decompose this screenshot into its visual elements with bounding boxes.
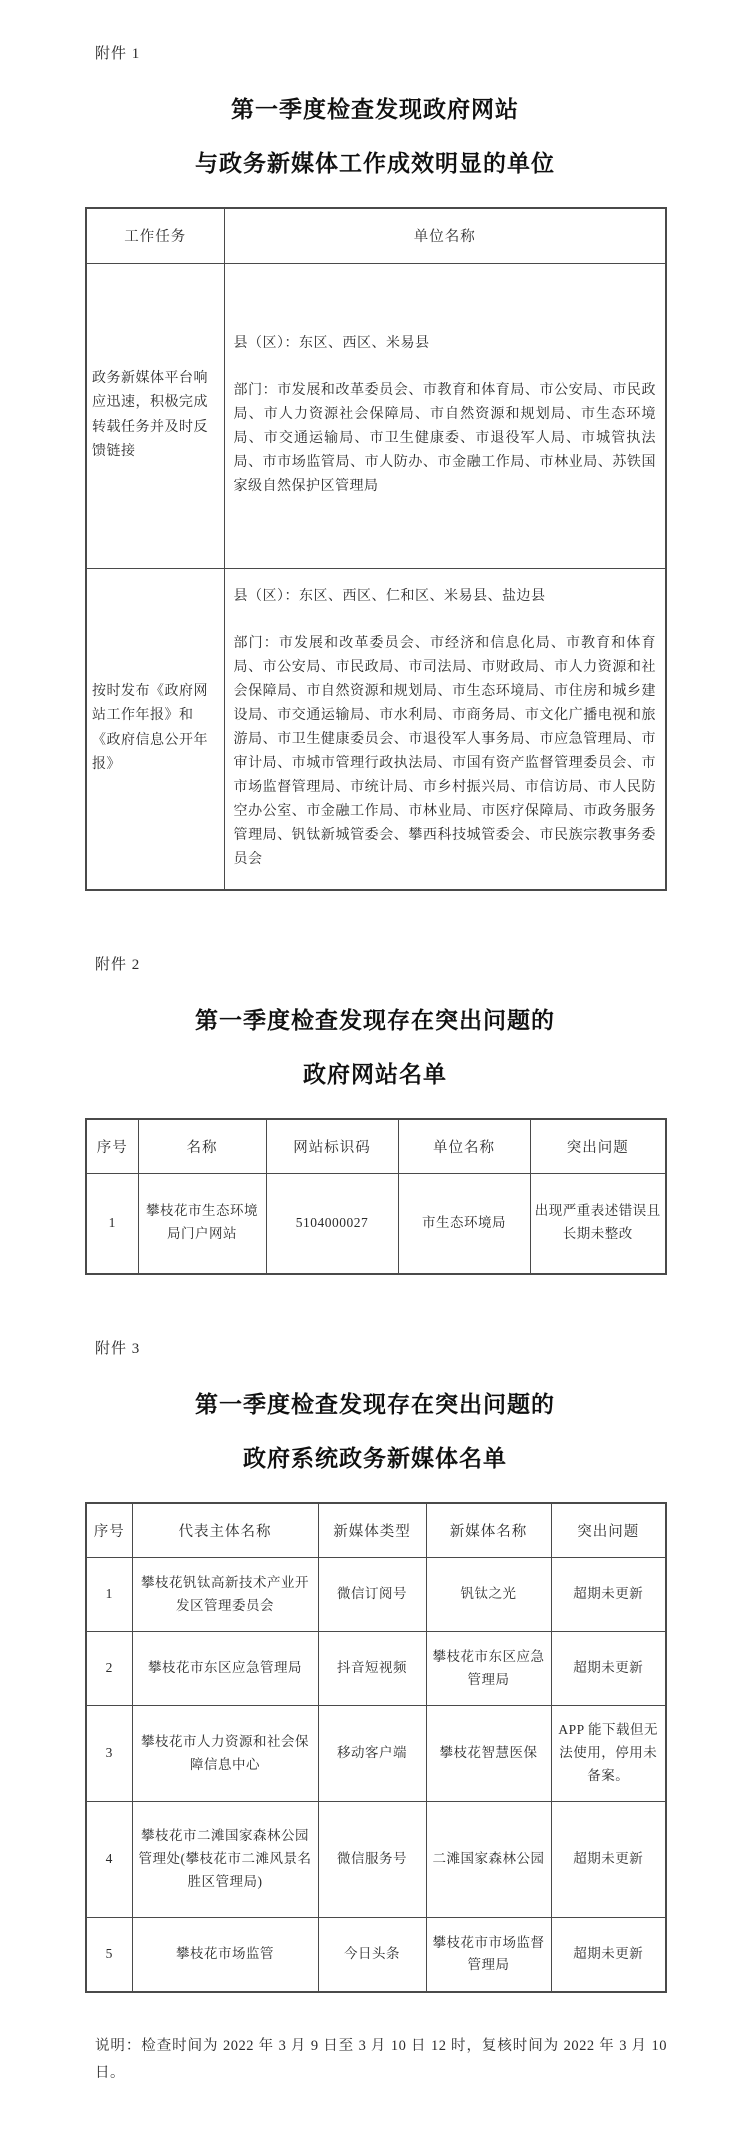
attachment-1-title-line-1: 第一季度检查发现政府网站 (85, 83, 665, 137)
problem-cell: 超期未更新 (551, 1632, 666, 1706)
task-cell: 按时发布《政府网站工作年报》和《政府信息公开年报》 (86, 568, 224, 889)
index-cell: 1 (86, 1174, 138, 1274)
column-header-media-type: 新媒体类型 (318, 1503, 426, 1558)
entity-cell: 攀枝花市场监管 (132, 1918, 318, 1992)
index-cell: 5 (86, 1918, 132, 1992)
unit-name-cell: 市生态环境局 (398, 1174, 530, 1274)
table-row: 4 攀枝花市二滩国家森林公园管理处(攀枝花市二滩风景名胜区管理局) 微信服务号 … (86, 1802, 666, 1918)
media-type-cell: 今日头条 (318, 1918, 426, 1992)
attachment-3-section: 附件 3 第一季度检查发现存在突出问题的 政府系统政务新媒体名单 序号 代表主体… (85, 1337, 665, 1993)
entity-cell: 攀枝花市人力资源和社会保障信息中心 (132, 1706, 318, 1802)
media-type-cell: 移动客户端 (318, 1706, 426, 1802)
attachment-3-title-line-2: 政府系统政务新媒体名单 (85, 1432, 665, 1486)
attachment-3-label: 附件 3 (95, 1337, 665, 1358)
counties-text: 县（区）：东区、西区、仁和区、米易县、盐边县 (234, 585, 657, 609)
media-name-cell: 攀枝花智慧医保 (426, 1706, 551, 1802)
departments-text: 部门：市发展和改革委员会、市教育和体育局、市公安局、市民政局、市人力资源社会保障… (234, 379, 657, 499)
attachment-2-title-line-1: 第一季度检查发现存在突出问题的 (85, 994, 665, 1048)
problem-cell: 出现严重表述错误且长期未整改 (530, 1174, 666, 1274)
media-name-cell: 攀枝花市市场监督管理局 (426, 1918, 551, 1992)
units-cell: 县（区）：东区、西区、仁和区、米易县、盐边县 部门：市发展和改革委员会、市经济和… (224, 568, 666, 889)
index-cell: 1 (86, 1558, 132, 1632)
table-row: 1 攀枝花钒钛高新技术产业开发区管理委员会 微信订阅号 钒钛之光 超期未更新 (86, 1558, 666, 1632)
column-header-name: 名称 (138, 1119, 266, 1174)
footnote-text: 说明：检查时间为 2022 年 3 月 9 日至 3 月 10 日 12 时，复… (95, 2033, 667, 2088)
index-cell: 4 (86, 1802, 132, 1918)
attachment-2-title-line-2: 政府网站名单 (85, 1048, 665, 1102)
table-header-row: 序号 代表主体名称 新媒体类型 新媒体名称 突出问题 (86, 1503, 666, 1558)
table-row: 3 攀枝花市人力资源和社会保障信息中心 移动客户端 攀枝花智慧医保 APP 能下… (86, 1706, 666, 1802)
index-cell: 3 (86, 1706, 132, 1802)
column-header-media-name: 新媒体名称 (426, 1503, 551, 1558)
attachment-3-title-line-1: 第一季度检查发现存在突出问题的 (85, 1378, 665, 1432)
column-header-site-code: 网站标识码 (266, 1119, 398, 1174)
attachment-2-title: 第一季度检查发现存在突出问题的 政府网站名单 (85, 994, 665, 1102)
media-type-cell: 抖音短视频 (318, 1632, 426, 1706)
index-cell: 2 (86, 1632, 132, 1706)
media-name-cell: 攀枝花市东区应急管理局 (426, 1632, 551, 1706)
attachment-1-title-line-2: 与政务新媒体工作成效明显的单位 (85, 137, 665, 191)
document-page: 附件 1 第一季度检查发现政府网站 与政务新媒体工作成效明显的单位 工作任务 单… (0, 0, 750, 2148)
entity-cell: 攀枝花市二滩国家森林公园管理处(攀枝花市二滩风景名胜区管理局) (132, 1802, 318, 1918)
website-name-cell: 攀枝花市生态环境局门户网站 (138, 1174, 266, 1274)
units-cell: 县（区）：东区、西区、米易县 部门：市发展和改革委员会、市教育和体育局、市公安局… (224, 263, 666, 568)
problem-cell: 超期未更新 (551, 1802, 666, 1918)
attachment-3-title: 第一季度检查发现存在突出问题的 政府系统政务新媒体名单 (85, 1378, 665, 1486)
column-header-unit: 单位名称 (398, 1119, 530, 1174)
column-header-index: 序号 (86, 1119, 138, 1174)
entity-cell: 攀枝花市东区应急管理局 (132, 1632, 318, 1706)
media-type-cell: 微信订阅号 (318, 1558, 426, 1632)
entity-cell: 攀枝花钒钛高新技术产业开发区管理委员会 (132, 1558, 318, 1632)
table-header-row: 工作任务 单位名称 (86, 208, 666, 263)
media-type-cell: 微信服务号 (318, 1802, 426, 1918)
table-row: 5 攀枝花市场监管 今日头条 攀枝花市市场监督管理局 超期未更新 (86, 1918, 666, 1992)
achievement-units-table: 工作任务 单位名称 政务新媒体平台响应迅速，积极完成转载任务并及时反馈链接 县（… (85, 207, 667, 890)
table-row: 按时发布《政府网站工作年报》和《政府信息公开年报》 县（区）：东区、西区、仁和区… (86, 568, 666, 889)
column-header-problem: 突出问题 (551, 1503, 666, 1558)
column-header-index: 序号 (86, 1503, 132, 1558)
table-row: 2 攀枝花市东区应急管理局 抖音短视频 攀枝花市东区应急管理局 超期未更新 (86, 1632, 666, 1706)
problem-websites-table: 序号 名称 网站标识码 单位名称 突出问题 1 攀枝花市生态环境局门户网站 51… (85, 1118, 667, 1275)
attachment-1-title: 第一季度检查发现政府网站 与政务新媒体工作成效明显的单位 (85, 83, 665, 191)
problem-cell: 超期未更新 (551, 1558, 666, 1632)
counties-text: 县（区）：东区、西区、米易县 (234, 332, 657, 356)
attachment-2-section: 附件 2 第一季度检查发现存在突出问题的 政府网站名单 序号 名称 网站标识码 … (85, 953, 665, 1275)
column-header-unit: 单位名称 (224, 208, 666, 263)
problem-cell: APP 能下载但无法使用，停用未备案。 (551, 1706, 666, 1802)
column-header-problem: 突出问题 (530, 1119, 666, 1174)
table-row: 政务新媒体平台响应迅速，积极完成转载任务并及时反馈链接 县（区）：东区、西区、米… (86, 263, 666, 568)
column-header-task: 工作任务 (86, 208, 224, 263)
media-name-cell: 钒钛之光 (426, 1558, 551, 1632)
attachment-1-label: 附件 1 (95, 42, 665, 63)
task-cell: 政务新媒体平台响应迅速，积极完成转载任务并及时反馈链接 (86, 263, 224, 568)
attachment-2-label: 附件 2 (95, 953, 665, 974)
problem-cell: 超期未更新 (551, 1918, 666, 1992)
problem-new-media-table: 序号 代表主体名称 新媒体类型 新媒体名称 突出问题 1 攀枝花钒钛高新技术产业… (85, 1502, 667, 1993)
media-name-cell: 二滩国家森林公园 (426, 1802, 551, 1918)
departments-text: 部门：市发展和改革委员会、市经济和信息化局、市教育和体育局、市公安局、市民政局、… (234, 632, 657, 873)
site-code-cell: 5104000027 (266, 1174, 398, 1274)
attachment-1-section: 附件 1 第一季度检查发现政府网站 与政务新媒体工作成效明显的单位 工作任务 单… (85, 42, 665, 891)
table-header-row: 序号 名称 网站标识码 单位名称 突出问题 (86, 1119, 666, 1174)
table-row: 1 攀枝花市生态环境局门户网站 5104000027 市生态环境局 出现严重表述… (86, 1174, 666, 1274)
column-header-entity: 代表主体名称 (132, 1503, 318, 1558)
